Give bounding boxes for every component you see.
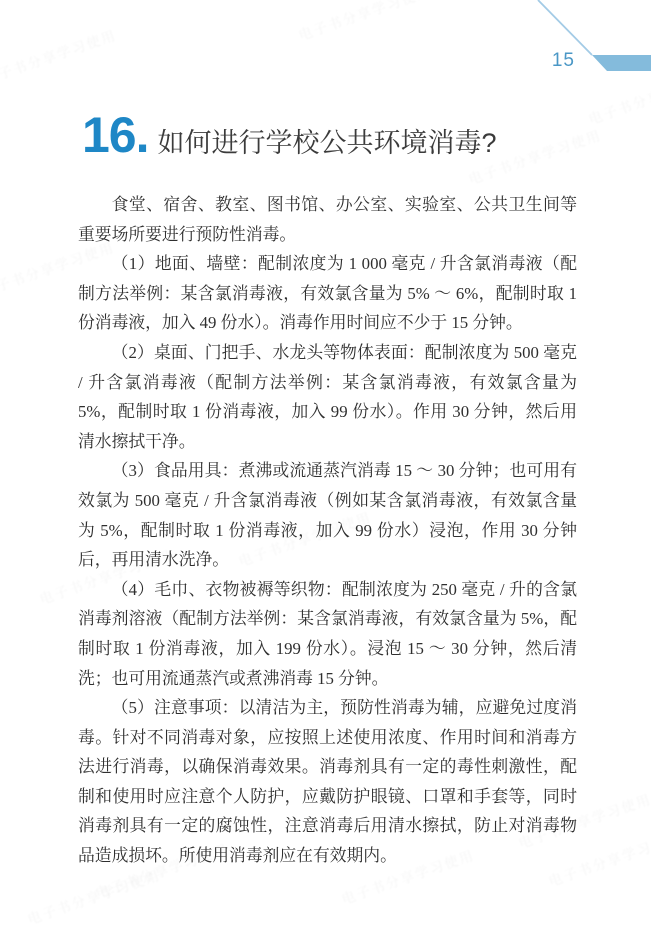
paragraph-item-1: （1）地面、墙壁：配制浓度为 1 000 毫克 / 升含氯消毒液（配制方法举例：… [78,249,577,338]
watermark: 电子书分享学习使用 [25,864,163,926]
paragraph-item-2: （2）桌面、门把手、水龙头等物体表面：配制浓度为 500 毫克 / 升含氯消毒液… [78,338,577,456]
page-title: 如何进行学校公共环境消毒? [158,130,497,157]
paragraph-item-4: （4）毛巾、衣物被褥等织物：配制浓度为 250 毫克 / 升的含氯消毒剂溶液（配… [78,575,577,693]
section-number: 16. [82,110,149,160]
page-number: 15 [552,50,575,72]
body-text: 食堂、宿舍、教室、图书馆、办公室、实验室、公共卫生间等重要场所要进行预防性消毒。… [78,190,577,871]
paragraph-intro: 食堂、宿舍、教室、图书馆、办公室、实验室、公共卫生间等重要场所要进行预防性消毒。 [78,190,577,249]
paragraph-item-5: （5）注意事项：以清洁为主，预防性消毒为辅，应避免过度消毒。针对不同消毒对象，应… [78,693,577,871]
section-heading: 16. 如何进行学校公共环境消毒? [82,110,577,160]
document-page: 电子书分享学习使用 电子书分享学习使用 电子书分享学习使用 电子书分享学习使用 … [0,0,651,926]
paragraph-item-3: （3）食品用具：煮沸或流通蒸汽消毒 15 ～ 30 分钟；也可用有效氯为 500… [78,456,577,574]
page-content: 16. 如何进行学校公共环境消毒? 食堂、宿舍、教室、图书馆、办公室、实验室、公… [0,0,651,871]
